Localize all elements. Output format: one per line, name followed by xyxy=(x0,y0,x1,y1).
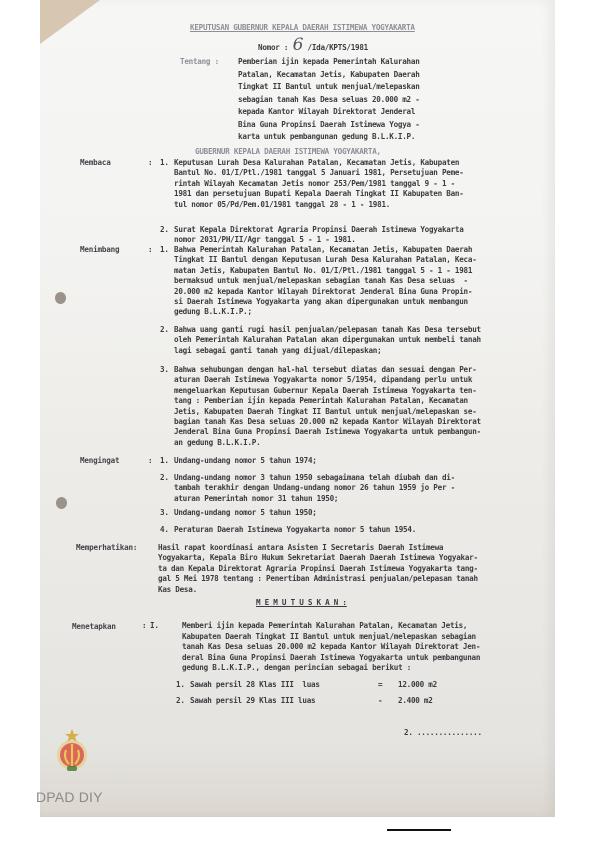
item-line: Peraturan Daerah Istimewa Yogyakarta nom… xyxy=(174,524,416,535)
section-label-membaca: Membaca xyxy=(80,158,111,167)
folded-corner xyxy=(40,0,100,44)
menetapkan-num: I. xyxy=(150,620,159,631)
tentang-line: Patalan, Kecamatan Jetis, Kabupaten Daer… xyxy=(238,69,420,80)
item-number: 4. xyxy=(160,524,169,535)
issuer-title: GUBERNUR KEPALA DAERAH ISTIMEWA YOGYAKAR… xyxy=(195,146,381,157)
item-line: an gedung B.L.K.I.P. xyxy=(174,437,260,448)
tentang-line: karta untuk pembangunan gedung B.L.K.I.P… xyxy=(238,131,415,142)
tentang-line: sebagian tanah Kas Desa seluas 20.000 m2… xyxy=(238,94,420,105)
item-number: 1. xyxy=(160,244,169,255)
nomor-line: Nomor : 6 /Ida/KPTS/1981 xyxy=(258,40,368,53)
nomor-suffix: /Ida/KPTS/1981 xyxy=(308,43,369,52)
menetapkan-line: Kabupaten Daerah Tingkat II Bantul untuk… xyxy=(182,631,476,642)
parcel-equals: - xyxy=(378,695,382,706)
item-number: 3. xyxy=(160,507,169,518)
tentang-label: Tentang : xyxy=(180,56,219,67)
item-number: 2. xyxy=(160,224,169,235)
yogyakarta-seal-icon xyxy=(52,728,92,776)
menetapkan-line: Memberi ijin kepada Pemerintah Kalurahan… xyxy=(182,620,467,631)
item-number: 2. xyxy=(160,472,169,483)
punch-hole-top xyxy=(55,292,66,304)
item-line: Undang-undang nomor 5 tahun 1974; xyxy=(174,455,317,466)
document-header: KEPUTUSAN GUBERNUR KEPALA DAERAH ISTIMEW… xyxy=(190,22,415,33)
item-line: Undang-undang nomor 5 tahun 1950; xyxy=(174,507,317,518)
section-label-menimbang: Menimbang xyxy=(80,245,119,254)
nomor-handwritten: 6 xyxy=(293,35,304,55)
section-colon: : xyxy=(148,455,152,466)
memperhatikan-line: Kas Desa. xyxy=(158,584,197,595)
tentang-line: kepada Kantor Wilayah Direktorat Jendera… xyxy=(238,106,415,117)
punch-hole-bottom xyxy=(56,497,67,509)
parcel-description: Sawah persil 29 Klas III luas xyxy=(190,695,315,706)
memperhatikan-line: gal 5 Mei 1978 tentang : Penertiban Admi… xyxy=(158,573,478,584)
menetapkan-line: tanah Kas Desa seluas 20.000 m2 kepada K… xyxy=(182,641,480,652)
item-line: lagi sebagai ganti tanah yang dijual/dil… xyxy=(174,345,381,356)
continuation-marker: 2. ............... xyxy=(404,727,482,738)
tentang-line: Tingkat II Bantul untuk menjual/melepask… xyxy=(238,81,420,92)
parcel-area: 2.400 m2 xyxy=(398,695,433,706)
watermark: DPAD DIY xyxy=(36,789,103,805)
memperhatikan-label: Memperhatikan: xyxy=(76,543,137,552)
tentang-line: Bina Guna Propinsi Daerah Istimewa Yogya… xyxy=(238,119,420,130)
memutuskan-heading: M E M U T U S K A N : xyxy=(256,597,347,608)
nomor-label: Nomor : xyxy=(258,43,288,52)
parcel-number: 1. xyxy=(176,679,185,690)
item-number: 2. xyxy=(160,324,169,335)
item-number: 3. xyxy=(160,364,169,375)
parcel-description: Sawah persil 28 Klas III luas xyxy=(190,679,320,690)
menetapkan-line: deral Bina Guna Propinsi Daerah Istimewa… xyxy=(182,652,480,663)
page-bar xyxy=(387,829,451,831)
item-number: 1. xyxy=(160,455,169,466)
section-colon: : xyxy=(148,244,152,255)
item-line: gedung B.L.K.I.P.; xyxy=(174,306,252,317)
parcel-number: 2. xyxy=(176,695,185,706)
menetapkan-colon: : xyxy=(142,620,146,631)
section-colon: : xyxy=(148,157,152,168)
parcel-equals: = xyxy=(378,679,382,690)
item-number: 1. xyxy=(160,157,169,168)
item-line: tul nomor 05/Pd/Pem.01/1981 tanggal 28 -… xyxy=(174,199,390,210)
menetapkan-line: gedung B.L.K.I.P., dengan perincian seba… xyxy=(182,662,411,673)
section-label-mengingat: Mengingat xyxy=(80,456,119,465)
tentang-line: Pemberian ijin kepada Pemerintah Kalurah… xyxy=(238,56,420,67)
menetapkan-label: Menetapkan xyxy=(72,622,116,631)
item-line: aturan Pemerintah nomor 31 tahun 1950; xyxy=(174,493,338,504)
parcel-area: 12.000 m2 xyxy=(398,679,437,690)
